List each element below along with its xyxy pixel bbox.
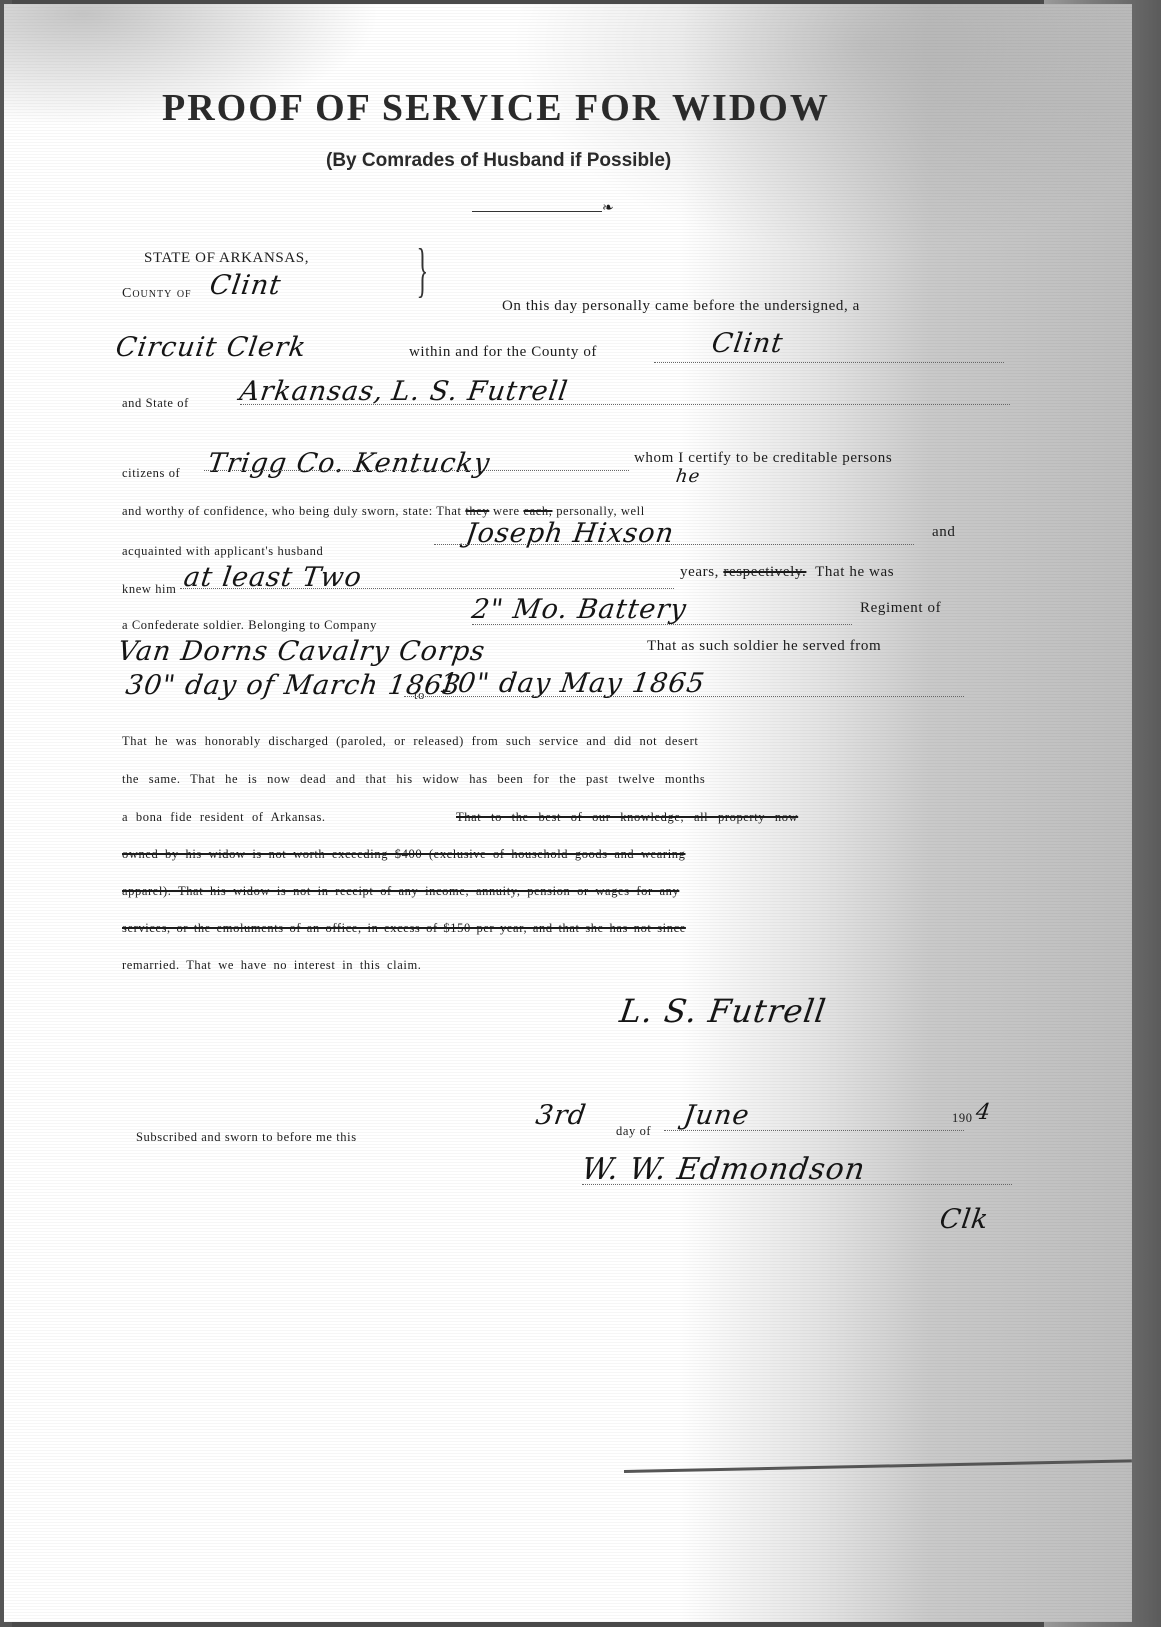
clerk-title: Clk <box>938 1204 991 1235</box>
resident-line: a bona fide resident of Arkansas. <box>122 810 326 825</box>
state-of-label: and State of <box>122 396 189 411</box>
worthy-text-were: were <box>493 504 520 518</box>
citizens-label: citizens of <box>122 466 180 481</box>
county-value: Clint <box>208 270 284 301</box>
to-date: 10" day May 1865 <box>438 668 707 699</box>
jurat-label: Subscribed and sworn to before me this <box>136 1130 357 1145</box>
document-subtitle: (By Comrades of Husband if Possible) <box>326 150 671 172</box>
affiant-field-line <box>240 404 1010 405</box>
clerk-signature: W. W. Edmondson <box>580 1152 868 1187</box>
intro-text: On this day personally came before the u… <box>502 298 860 315</box>
document-title: PROOF OF SERVICE FOR WIDOW <box>162 86 830 130</box>
struck-each: each, <box>523 504 552 518</box>
within-county-value: Clint <box>710 328 786 359</box>
worthy-text-part-1: and worthy of confidence, who being duly… <box>122 504 462 518</box>
struck-they: they <box>465 504 489 518</box>
citizens-field-line <box>204 470 629 471</box>
struck-line-3: apparel). That his widow is not in recei… <box>122 884 679 899</box>
inserted-he: he <box>675 466 702 487</box>
year-suffix: 4 <box>974 1100 993 1125</box>
county-label: County of <box>122 286 192 302</box>
state-value: Arkansas, <box>238 376 386 407</box>
struck-line-1: That to the best of our knowledge, all p… <box>456 810 798 825</box>
discharge-line: That he was honorably discharged (parole… <box>122 734 698 749</box>
year-prefix: 190 <box>952 1111 973 1126</box>
venue-brace: } <box>417 236 429 305</box>
state-label: STATE OF ARKANSAS, <box>144 250 309 267</box>
certify-text: whom I certify to be creditable persons <box>634 450 892 467</box>
regiment-value: Van Dorns Cavalry Corps <box>116 636 488 667</box>
knew-field-line <box>180 588 674 589</box>
jurat-day: 3rd <box>534 1100 589 1131</box>
jurat-month: June <box>682 1100 752 1131</box>
husband-field-line <box>434 544 914 545</box>
worthy-text: and worthy of confidence, who being duly… <box>122 504 645 519</box>
and-label: and <box>932 524 955 541</box>
document-page: PROOF OF SERVICE FOR WIDOW (By Comrades … <box>4 4 1132 1622</box>
affiant-signature: L. S. Futrell <box>617 992 828 1030</box>
knew-label: knew him <box>122 582 176 597</box>
company-field-line <box>472 624 852 625</box>
struck-line-4: services, or the emoluments of an office… <box>122 921 686 936</box>
fold-crease <box>624 1459 1132 1473</box>
acquainted-label: acquainted with applicant's husband <box>122 544 323 559</box>
soldier-text: That he was <box>815 564 894 580</box>
clerk-signature-line <box>582 1184 1012 1185</box>
month-field-line <box>664 1130 964 1131</box>
officer-title: Circuit Clerk <box>114 332 309 363</box>
regiment-label: Regiment of <box>860 600 941 617</box>
company-value: 2" Mo. Battery <box>470 594 689 625</box>
dates-field-line <box>404 696 964 697</box>
affiant-name: L. S. Futrell <box>390 376 570 407</box>
years-label: years, respectively. That he was <box>680 564 894 581</box>
title-divider <box>472 211 602 212</box>
ornament-icon: ❧ <box>602 200 614 217</box>
years-text: years, <box>680 564 719 580</box>
closing-line: remarried. That we have no interest in t… <box>122 958 422 973</box>
confederate-label: a Confederate soldier. Belonging to Comp… <box>122 618 377 633</box>
county-field-line <box>654 362 1004 363</box>
day-of-label: day of <box>616 1124 651 1139</box>
struck-respectively: respectively. <box>723 564 806 580</box>
within-label: within and for the County of <box>409 344 597 361</box>
worthy-text-part-2: personally, well <box>556 504 645 518</box>
served-label: That as such soldier he served from <box>647 638 881 655</box>
dead-line: the same. That he is now dead and that h… <box>122 772 705 787</box>
struck-line-2: owned by his widow is not worth exceedin… <box>122 847 685 862</box>
citizens-value: Trigg Co. Kentucky <box>206 448 492 479</box>
